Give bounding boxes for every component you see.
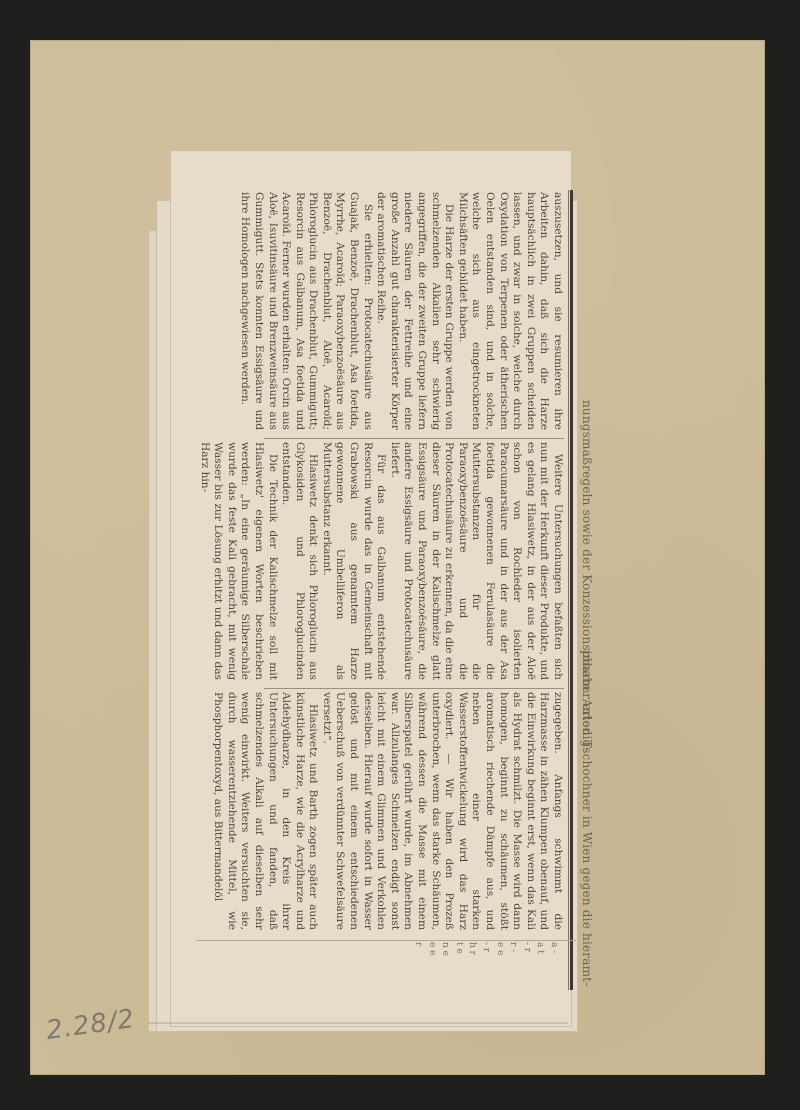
paragraph: zugegeben. Anfangs schwimmt die Harzmass… xyxy=(319,692,564,930)
running-header: nungsmaßregeln sowie der Konzessionsinha… xyxy=(574,150,600,1030)
text-column-1: auszusetzen, und sie resumieren ihre Arb… xyxy=(238,192,564,430)
column-divider xyxy=(264,438,564,439)
fold-fragment-letters: a - a t - r r - e e - r h r t e n e e e … xyxy=(410,942,560,956)
paragraph: Weitere Untersuchungen befaßten sich nun… xyxy=(387,442,564,680)
paragraph: Sie erhielten: Protocatechusäure aus Gua… xyxy=(238,192,374,430)
paragraph: Hlasiwetz denkt sich Phloroglucin aus Gl… xyxy=(279,442,320,680)
paragraph: auszusetzen, und sie resumieren ihre Arb… xyxy=(455,192,564,430)
paragraph: Die Technik der Kalischmelze soll mit Hl… xyxy=(197,442,279,680)
newspaper-clipping: nungsmaßregeln sowie der Konzessionsinha… xyxy=(170,150,600,1030)
header-right-text: pharm. Anton Tschochner in Wien gegen di… xyxy=(574,650,600,986)
text-column-2: Weitere Untersuchungen befaßten sich nun… xyxy=(197,442,564,680)
header-rule-thin xyxy=(568,190,569,990)
paragraph: Die Harze der ersten Gruppe werden von s… xyxy=(374,192,456,430)
text-column-3: zugegeben. Anfangs schwimmt die Harzmass… xyxy=(211,692,564,930)
header-rule xyxy=(570,190,573,990)
paragraph: Hlasiwetz und Barth zogen später auch kü… xyxy=(211,692,320,930)
paragraph: Für das aus Galbanum entstehende Resorci… xyxy=(319,442,387,680)
fold-crease xyxy=(196,940,576,941)
column-divider xyxy=(264,688,564,689)
